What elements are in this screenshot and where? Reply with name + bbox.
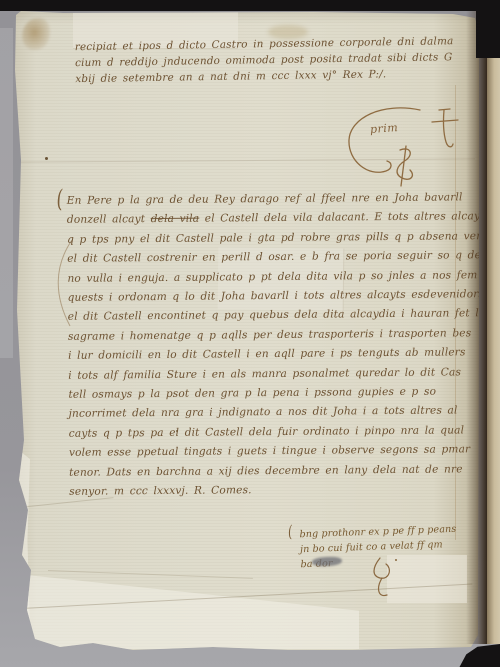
- photo-black-top-right: [476, 0, 500, 58]
- previous-page-edge: [0, 28, 13, 358]
- ink-speck: [45, 157, 48, 160]
- facing-page-edge: [487, 12, 500, 644]
- notarial-mark: [340, 100, 475, 195]
- letter-dateline: senyor. m ccc lxxxvj. R. Comes.: [69, 479, 483, 502]
- letter-line-post: el Castell dela vila dalacant. E tots al…: [199, 211, 490, 226]
- letter-line-pre: donzell alcayt: [67, 213, 151, 226]
- manuscript-page: recipiat et ipos d dicto Castro in posse…: [13, 10, 480, 650]
- chancery-bracket: (: [287, 522, 293, 542]
- margin-bracket: (: [55, 185, 64, 214]
- manuscript-photo: { "top_note": { "lines": [ "recipiat et …: [0, 0, 500, 667]
- struck-text: dela vila: [151, 213, 200, 225]
- torn-edge-flap-left: [13, 448, 30, 633]
- paraph-icon: [397, 146, 412, 186]
- letter-line: tenor. Dats en barchna a xij dies decemb…: [69, 460, 483, 483]
- registration-word: prim: [370, 121, 399, 136]
- book-gutter-shadow: [466, 11, 488, 644]
- photo-black-bottom-right: [455, 644, 500, 667]
- photo-black-top-edge: [0, 0, 500, 11]
- crease-line: [48, 570, 253, 579]
- cross-icon: [432, 109, 458, 147]
- royal-letter-body: En Pere p la gra de deu Rey darago ref a…: [67, 188, 484, 502]
- chancery-paraph-icon: [362, 552, 402, 602]
- circle-flourish-icon: [349, 108, 420, 172]
- latin-marginal-note: recipiat et ipos d dicto Castro in posse…: [75, 33, 478, 88]
- ink-stain-top-left: [22, 18, 50, 50]
